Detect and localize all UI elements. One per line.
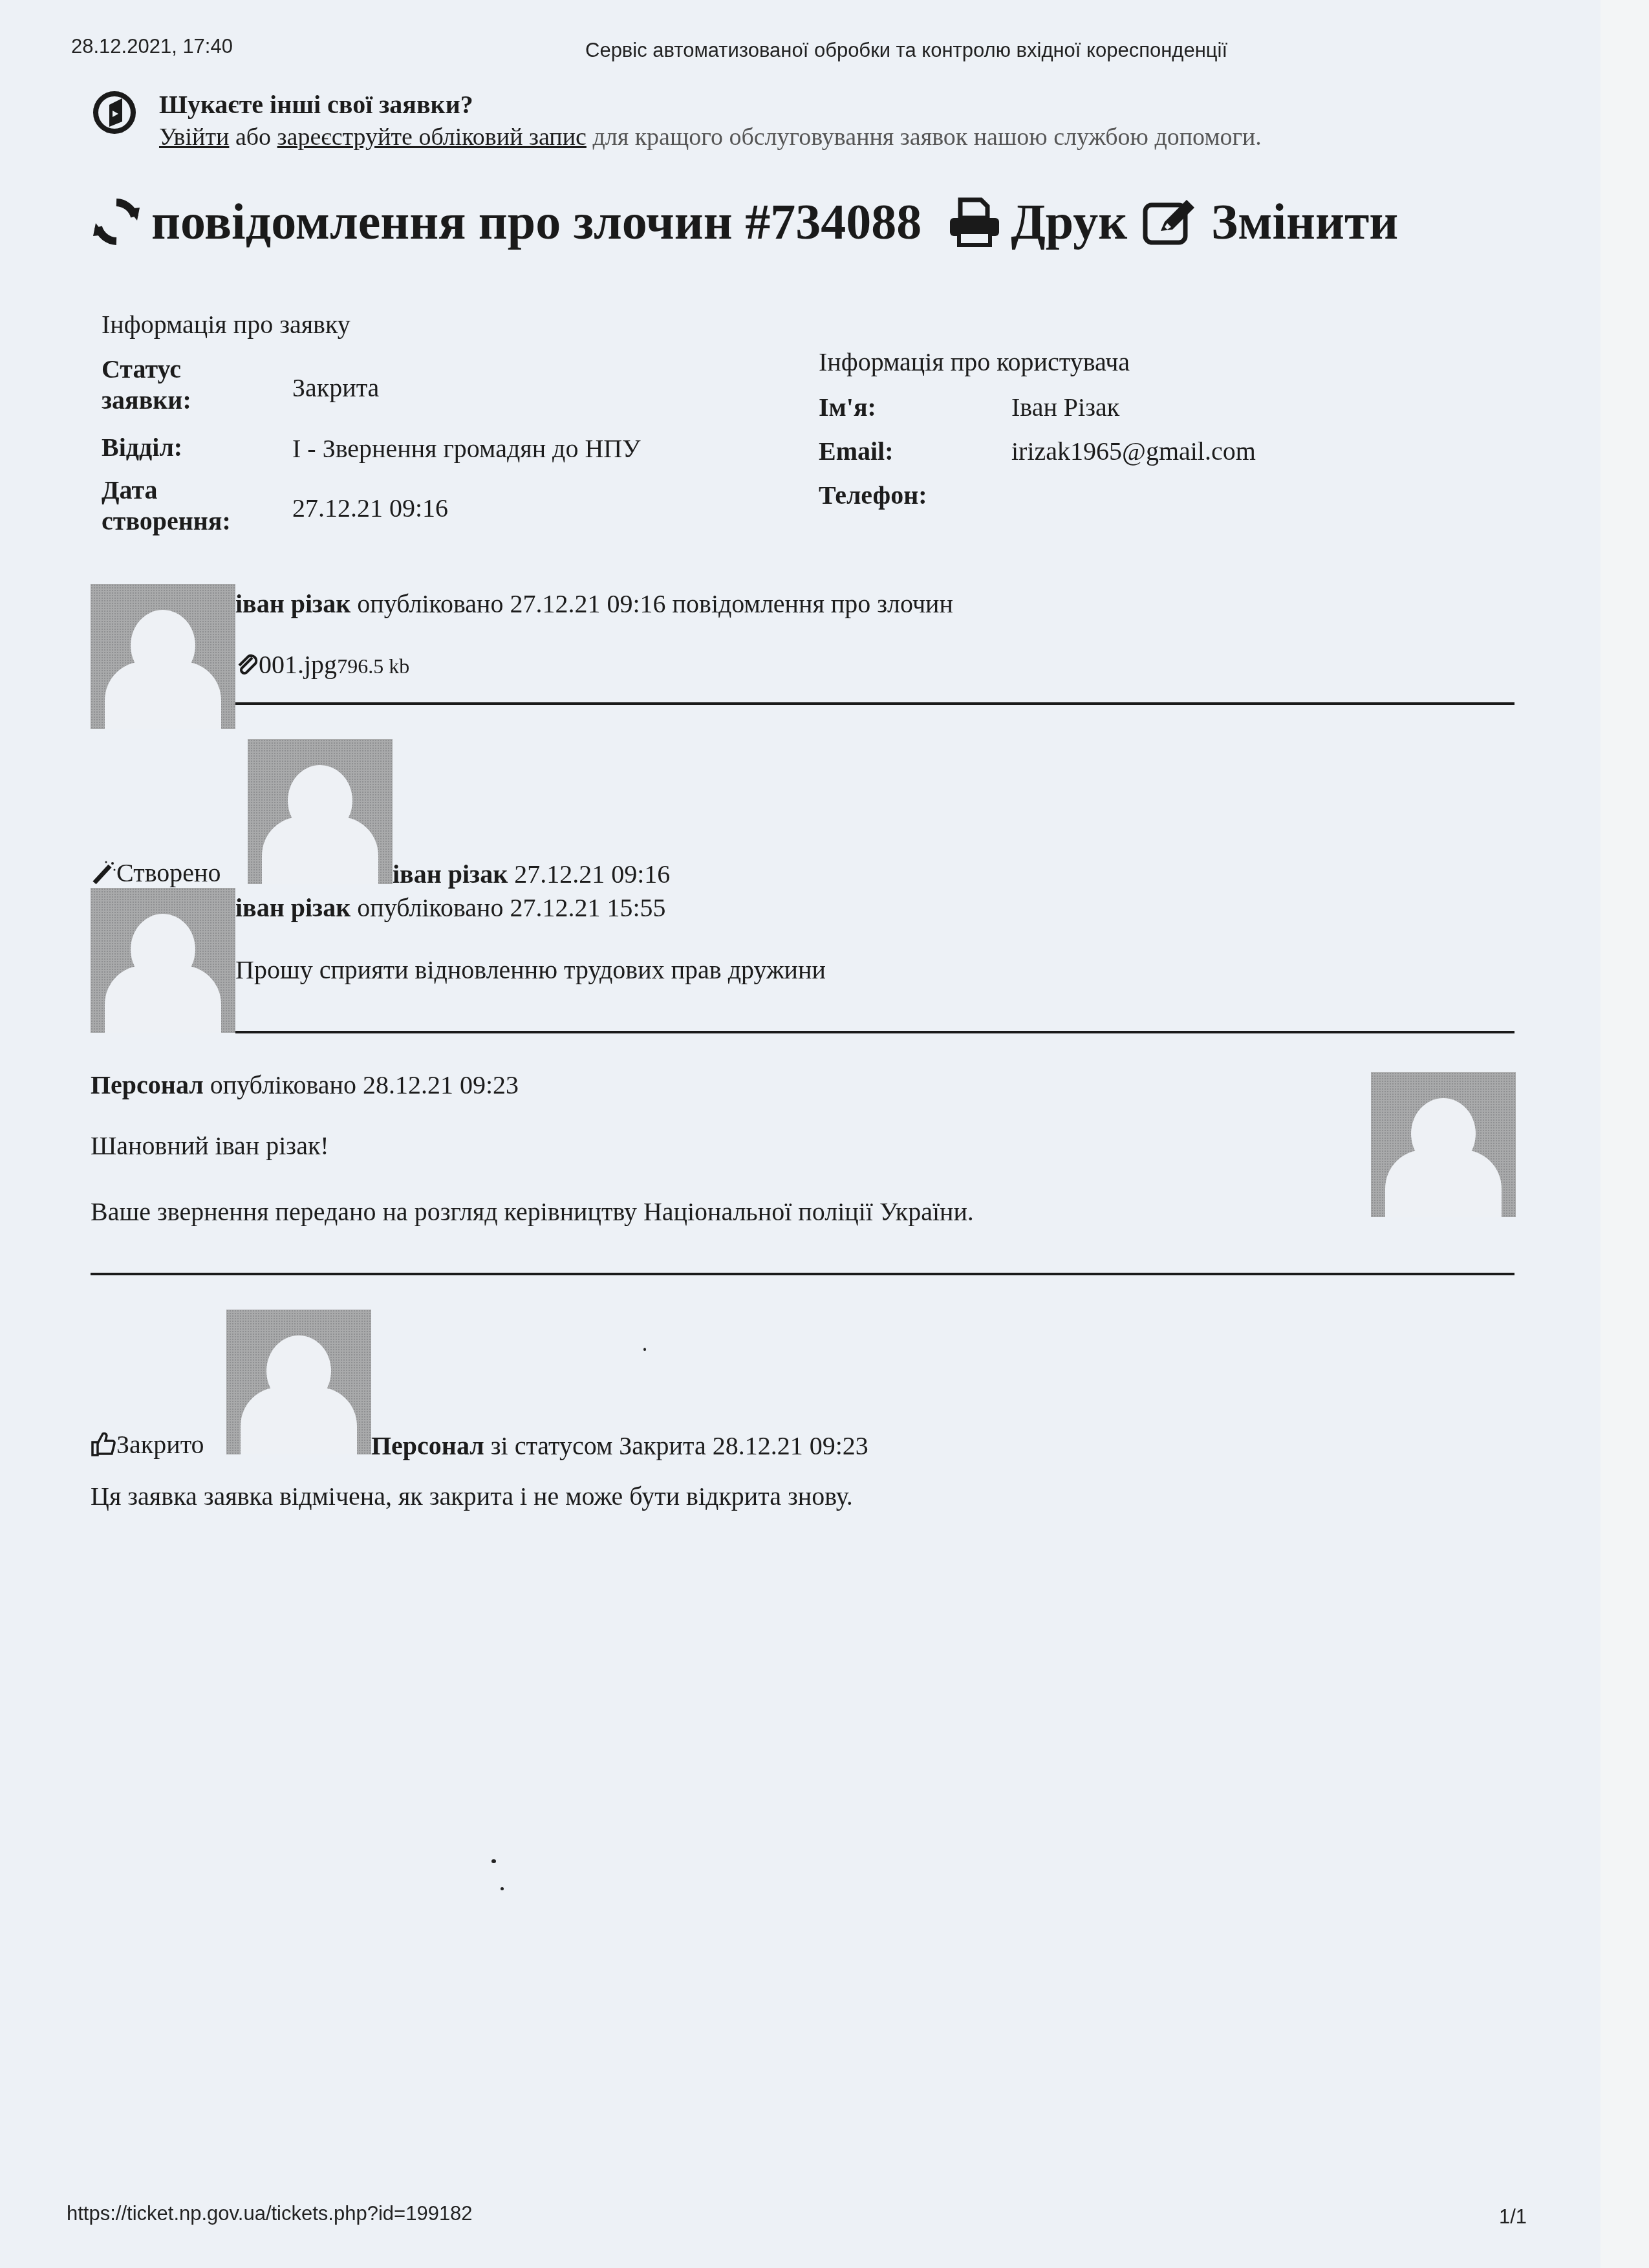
user-info-heading: Інформація про користувача bbox=[819, 347, 1130, 377]
event-closed-label: Закрито bbox=[116, 1430, 204, 1459]
entry1-meta: опубліковано 27.12.21 09:16 повідомлення… bbox=[350, 589, 953, 618]
scan-speck bbox=[491, 1859, 496, 1863]
refresh-icon[interactable] bbox=[91, 196, 142, 248]
avatar bbox=[91, 584, 235, 729]
email-value[interactable]: irizak1965@gmail.com bbox=[1011, 436, 1256, 466]
magic-wand-icon bbox=[91, 859, 116, 892]
attachment-size: 796.5 kb bbox=[337, 654, 409, 678]
event-closed-author: Персонал bbox=[371, 1431, 484, 1460]
attachment-link[interactable]: 001.jpg bbox=[259, 650, 337, 679]
attachment: 001.jpg796.5 kb bbox=[235, 649, 409, 682]
entry3-header: Персонал опубліковано 28.12.21 09:23 bbox=[91, 1070, 519, 1100]
email-label: Email: bbox=[819, 436, 894, 467]
divider bbox=[235, 702, 1514, 705]
scan-speck bbox=[501, 1887, 504, 1890]
thumbs-up-icon bbox=[91, 1431, 116, 1463]
entry2-author: іван різак bbox=[235, 893, 350, 922]
edit-button[interactable]: Змінити bbox=[1141, 193, 1398, 251]
event-created-author: іван різак bbox=[393, 859, 508, 889]
name-label: Ім'я: bbox=[819, 392, 876, 423]
department-value: І - Звернення громадян до НПУ bbox=[292, 433, 641, 464]
department-label: Відділ: bbox=[102, 432, 182, 463]
created-label-line1: Дата bbox=[102, 475, 231, 506]
banner-text: Увійти або зареєструйте обліковий запис … bbox=[159, 123, 1262, 151]
closed-notice: Ця заявка заявка відмічена, як закрита і… bbox=[91, 1481, 853, 1511]
entry2-meta: опубліковано 27.12.21 15:55 bbox=[350, 893, 665, 922]
divider bbox=[235, 1031, 1514, 1033]
login-link[interactable]: Увійти bbox=[159, 124, 229, 151]
event-closed-status: зі статусом Закрита 28.12.21 09:23 bbox=[484, 1431, 868, 1460]
avatar bbox=[248, 739, 393, 884]
print-label: Друк bbox=[1011, 193, 1127, 251]
phone-label: Телефон: bbox=[819, 480, 927, 511]
status-label-line2: заявки: bbox=[102, 385, 191, 416]
scan-edge bbox=[1600, 0, 1649, 2268]
entry1-header: іван різак опубліковано 27.12.21 09:16 п… bbox=[235, 589, 953, 619]
compass-icon bbox=[92, 91, 136, 135]
entry2-body: Прошу сприяти відновленню трудових прав … bbox=[235, 955, 826, 985]
print-button[interactable]: Друк bbox=[947, 193, 1127, 251]
event-closed: Закрито bbox=[91, 1429, 204, 1463]
entry3-greeting: Шановний іван різак! bbox=[91, 1130, 329, 1161]
status-label-line1: Статус bbox=[102, 354, 191, 385]
status-value: Закрита bbox=[292, 373, 379, 403]
banner-or: або bbox=[235, 124, 271, 151]
banner-rest: для кращого обслуговування заявок нашою … bbox=[592, 124, 1261, 151]
print-icon bbox=[947, 196, 1002, 248]
created-value: 27.12.21 09:16 bbox=[292, 493, 448, 523]
event-created-time: 27.12.21 09:16 bbox=[508, 859, 670, 889]
print-page-number: 1/1 bbox=[1499, 2205, 1527, 2229]
register-link[interactable]: зареєструйте обліковий запис bbox=[277, 124, 587, 151]
staff-avatar bbox=[1371, 1072, 1516, 1217]
print-url: https://ticket.np.gov.ua/tickets.php?id=… bbox=[67, 2202, 473, 2225]
entry3-body: Ваше звернення передано на розгляд керів… bbox=[91, 1196, 974, 1227]
banner-title: Шукаєте інші свої заявки? bbox=[159, 89, 473, 120]
edit-label: Змінити bbox=[1211, 193, 1398, 251]
ticket-title: повідомлення про злочин #734088 bbox=[151, 193, 921, 251]
entry3-author: Персонал bbox=[91, 1070, 204, 1099]
status-label: Статус заявки: bbox=[102, 354, 191, 416]
event-closed-meta: Персонал зі статусом Закрита 28.12.21 09… bbox=[371, 1431, 868, 1461]
entry3-meta: опубліковано 28.12.21 09:23 bbox=[204, 1070, 519, 1099]
print-site-title: Сервіс автоматизованої обробки та контро… bbox=[585, 39, 1227, 62]
created-label: Дата створення: bbox=[102, 475, 231, 537]
print-datetime: 28.12.2021, 17:40 bbox=[71, 35, 233, 58]
scan-speck bbox=[643, 1348, 646, 1351]
name-value: Іван Різак bbox=[1011, 392, 1119, 422]
ticket-info-heading: Інформація про заявку bbox=[102, 309, 350, 340]
event-created: Створено bbox=[91, 858, 221, 892]
event-created-meta: іван різак 27.12.21 09:16 bbox=[393, 859, 670, 889]
divider bbox=[91, 1273, 1514, 1275]
avatar bbox=[226, 1310, 371, 1454]
paperclip-icon bbox=[235, 652, 259, 682]
entry1-author: іван різак bbox=[235, 589, 350, 618]
avatar bbox=[91, 888, 235, 1033]
created-label-line2: створення: bbox=[102, 506, 231, 537]
edit-icon bbox=[1141, 196, 1200, 248]
event-created-label: Створено bbox=[116, 858, 221, 887]
ticket-title-bar: повідомлення про злочин #734088 Друк Змі… bbox=[91, 193, 1398, 251]
entry2-header: іван різак опубліковано 27.12.21 15:55 bbox=[235, 892, 666, 923]
